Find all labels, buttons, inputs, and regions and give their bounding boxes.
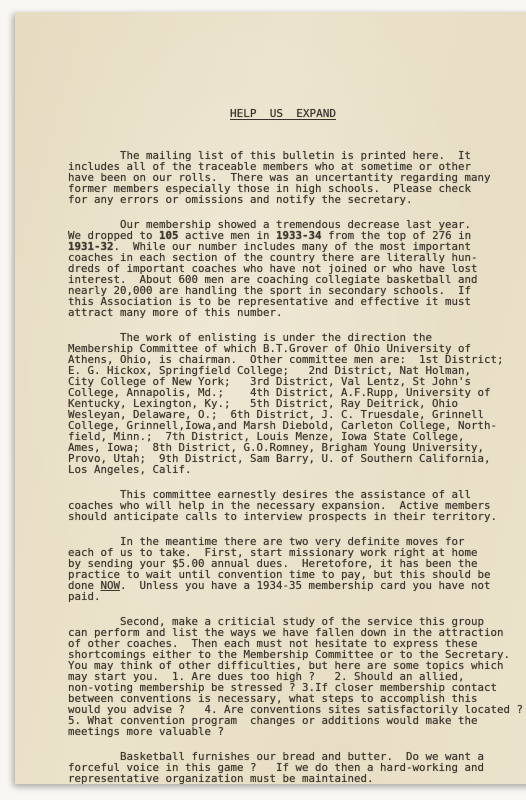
text-line: should anticipate calls to interview pro… (68, 511, 526, 522)
paragraph: This committee earnestly desires the ass… (68, 489, 526, 522)
paragraph: Second, make a criticial study of the se… (68, 616, 526, 737)
page-title: HELP US EXPAND (68, 108, 498, 119)
bulletin-page-paper: HELP US EXPAND The mailing list of this … (15, 12, 526, 784)
text-line: paid. (68, 591, 526, 602)
paragraph: Basketball furnishes our bread and butte… (68, 751, 526, 784)
text-line: meetings more valuable ? (68, 726, 526, 737)
paragraph: The mailing list of this bulletin is pri… (68, 150, 526, 205)
text-line: Los Angeles, Calif. (68, 464, 526, 475)
text-line: for any errors or omissions and notify t… (68, 194, 526, 205)
screenshot-root: HELP US EXPAND The mailing list of this … (0, 0, 526, 800)
paragraph: In the meantime there are two very defin… (68, 536, 526, 602)
paragraph: The work of enlisting is under the direc… (68, 332, 526, 475)
paragraphs-container: The mailing list of this bulletin is pri… (68, 150, 526, 784)
paragraph: Our membership showed a tremendous decre… (68, 219, 526, 318)
text-line: attract many more of this number. (68, 307, 526, 318)
document-text-block: HELP US EXPAND The mailing list of this … (68, 86, 526, 800)
text-line: representative organization must be main… (68, 773, 526, 784)
text-line: done NOW. Unless you have a 1934-35 memb… (68, 580, 526, 591)
